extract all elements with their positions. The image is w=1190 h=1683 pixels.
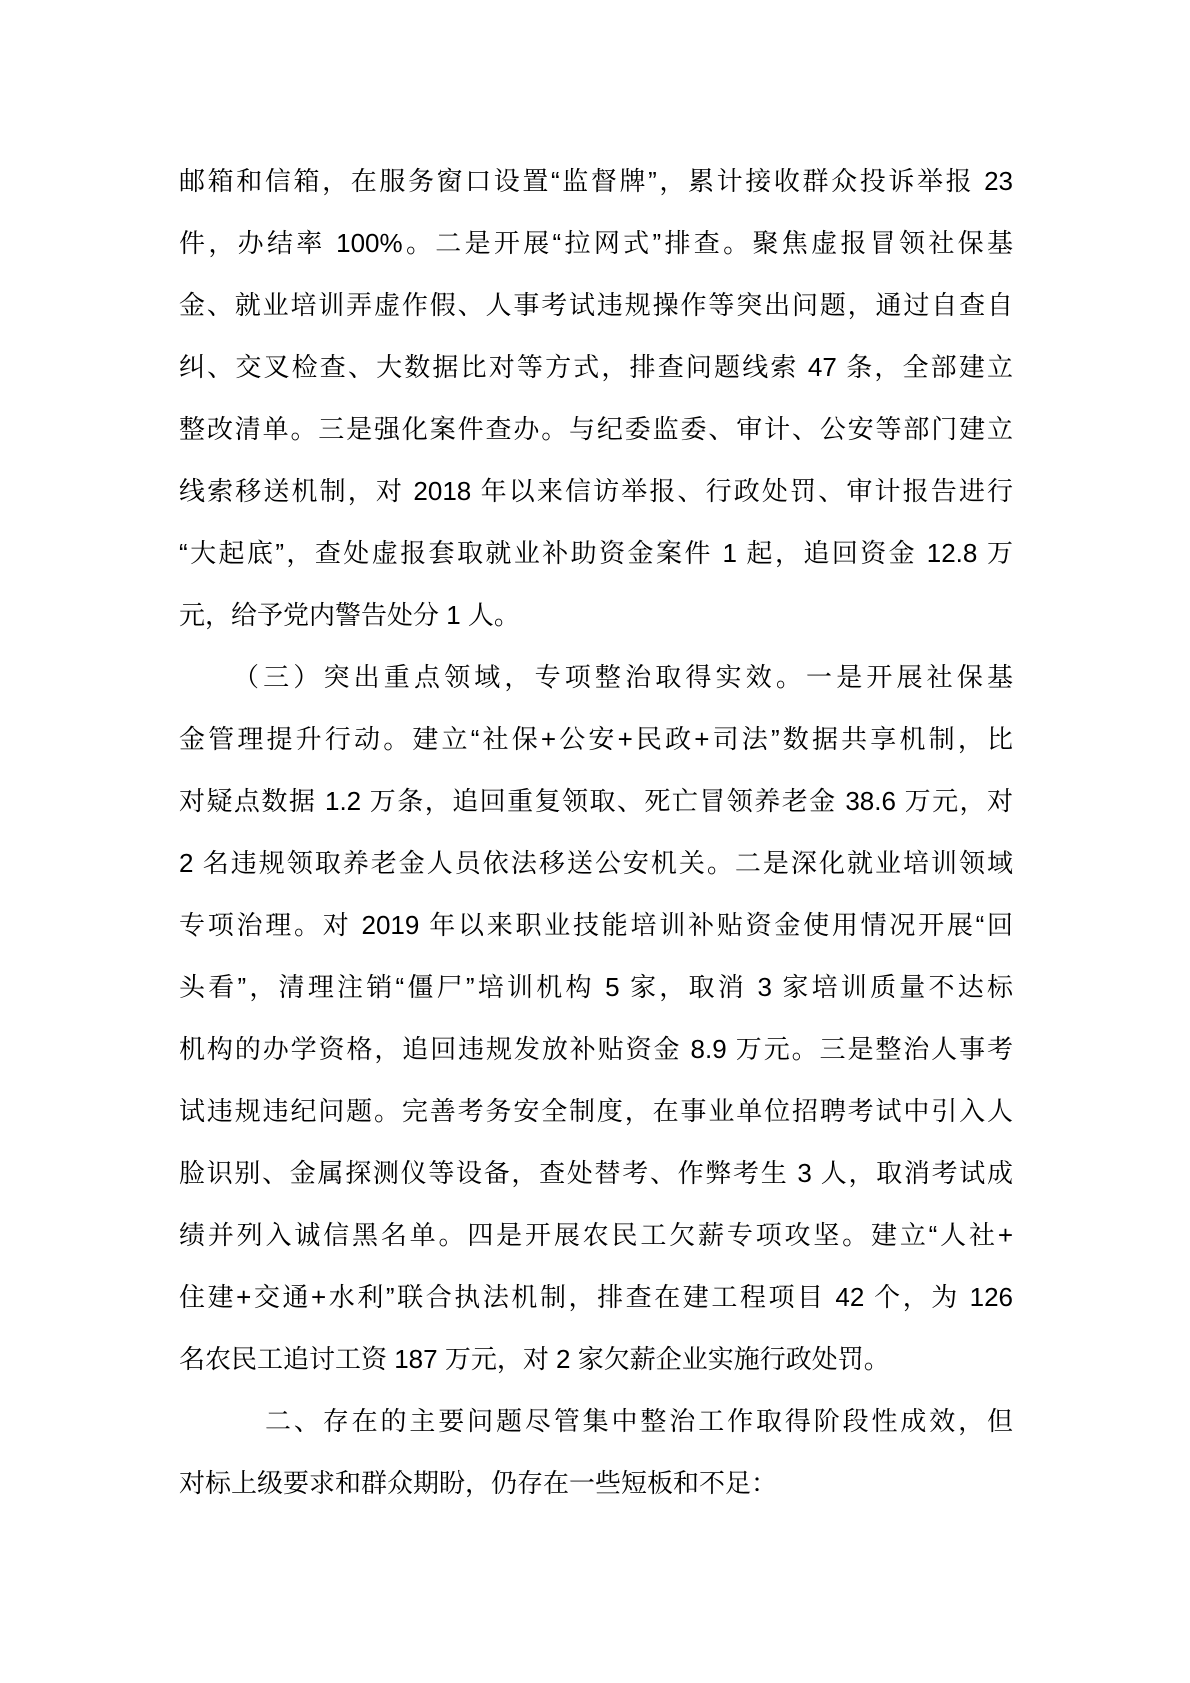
document-body: 邮箱和信箱，在服务窗口设置“监督牌”，累计接收群众投诉举报 23件，办结率 10… <box>179 150 1013 1514</box>
text-line: 元，给予党内警告处分 1 人。 <box>179 584 1013 646</box>
text-line: 件，办结率 100%。二是开展“拉网式”排查。聚焦虚报冒领社保基 <box>179 212 1013 274</box>
text-line: 绩并列入诚信黑名单。四是开展农民工欠薪专项攻坚。建立“人社+ <box>179 1204 1013 1266</box>
text-line: 2 名违规领取养老金人员依法移送公安机关。二是深化就业培训领域 <box>179 832 1013 894</box>
text-line: （三）突出重点领域，专项整治取得实效。一是开展社保基 <box>179 646 1013 708</box>
text-line: 名农民工追讨工资 187 万元，对 2 家欠薪企业实施行政处罚。 <box>179 1328 1013 1390</box>
para-2-key-areas-special-rectification: （三）突出重点领域，专项整治取得实效。一是开展社保基金管理提升行动。建立“社保+… <box>179 646 1013 1390</box>
text-line: “大起底”，查处虚报套取就业补助资金案件 1 起，追回资金 12.8 万 <box>179 522 1013 584</box>
text-line: 整改清单。三是强化案件查办。与纪委监委、审计、公安等部门建立 <box>179 398 1013 460</box>
text-line: 纠、交叉检查、大数据比对等方式，排查问题线索 47 条，全部建立 <box>179 336 1013 398</box>
text-line: 住建+交通+水利”联合执法机制，排查在建工程项目 42 个，为 126 <box>179 1266 1013 1328</box>
text-line: 邮箱和信箱，在服务窗口设置“监督牌”，累计接收群众投诉举报 23 <box>179 150 1013 212</box>
document-page: 邮箱和信箱，在服务窗口设置“监督牌”，累计接收群众投诉举报 23件，办结率 10… <box>0 0 1190 1683</box>
text-line: 二、存在的主要问题尽管集中整治工作取得阶段性成效，但 <box>179 1390 1013 1452</box>
text-line: 头看”，清理注销“僵尸”培训机构 5 家，取消 3 家培训质量不达标 <box>179 956 1013 1018</box>
text-line: 金管理提升行动。建立“社保+公安+民政+司法”数据共享机制，比 <box>179 708 1013 770</box>
text-line: 专项治理。对 2019 年以来职业技能培训补贴资金使用情况开展“回 <box>179 894 1013 956</box>
text-line: 线索移送机制，对 2018 年以来信访举报、行政处罚、审计报告进行 <box>179 460 1013 522</box>
text-line: 机构的办学资格，追回违规发放补贴资金 8.9 万元。三是整治人事考 <box>179 1018 1013 1080</box>
para-1-supervision-and-inspection: 邮箱和信箱，在服务窗口设置“监督牌”，累计接收群众投诉举报 23件，办结率 10… <box>179 150 1013 646</box>
text-line: 脸识别、金属探测仪等设备，查处替考、作弊考生 3 人，取消考试成 <box>179 1142 1013 1204</box>
text-line: 对疑点数据 1.2 万条，追回重复领取、死亡冒领养老金 38.6 万元，对 <box>179 770 1013 832</box>
para-3-main-problems-heading: 二、存在的主要问题尽管集中整治工作取得阶段性成效，但对标上级要求和群众期盼，仍存… <box>179 1390 1013 1514</box>
text-line: 金、就业培训弄虚作假、人事考试违规操作等突出问题，通过自查自 <box>179 274 1013 336</box>
text-line: 对标上级要求和群众期盼，仍存在一些短板和不足： <box>179 1452 1013 1514</box>
text-line: 试违规违纪问题。完善考务安全制度，在事业单位招聘考试中引入人 <box>179 1080 1013 1142</box>
